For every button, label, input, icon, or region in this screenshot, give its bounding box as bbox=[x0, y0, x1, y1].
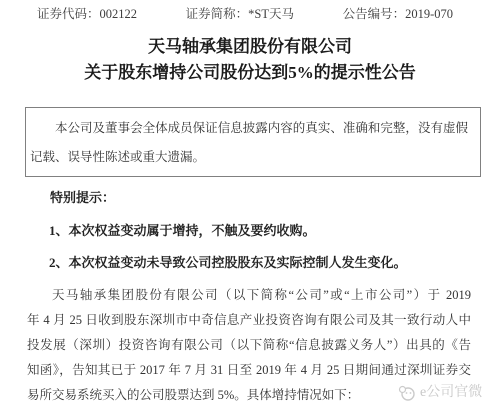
body-line: 天马轴承集团股份有限公司（以下简称“公司”或“上市公司”）于 2019 bbox=[27, 283, 471, 308]
watermark: e公司官微 bbox=[398, 384, 482, 401]
special-notice-heading: 特别提示： bbox=[50, 189, 115, 207]
e-company-logo-icon bbox=[398, 385, 416, 401]
special-notice-item-2: 2、本次权益变动未导致公司控股股东及实际控制人发生变化。 bbox=[49, 254, 407, 272]
body-line: 知函》，告知其已于 2017 年 7 月 31 日至 2019 年 4 月 25… bbox=[27, 358, 471, 383]
header-row: 证券代码：002122 证券简称：*ST天马 公告编号：2019-070 bbox=[37, 6, 453, 22]
title-line-2: 关于股东增持公司股份达到5%的提示性公告 bbox=[0, 60, 500, 86]
watermark-label: e公司官微 bbox=[420, 384, 482, 401]
document-title: 天马轴承集团股份有限公司 关于股东增持公司股份达到5%的提示性公告 bbox=[0, 34, 500, 86]
body-line: 年 4 月 25 日收到股东深圳市中奇信息产业投资咨询有限公司及其一致行动人中 bbox=[27, 308, 471, 333]
title-line-1: 天马轴承集团股份有限公司 bbox=[0, 34, 500, 60]
announcement-number-label: 公告编号：2019-070 bbox=[343, 6, 453, 22]
body-line: 投发展（深圳）投资咨询有限公司（以下简称“信息披露义务人”）出具的《告 bbox=[27, 333, 471, 358]
stock-code-label: 证券代码：002122 bbox=[37, 6, 137, 22]
announcement-page: 证券代码：002122 证券简称：*ST天马 公告编号：2019-070 天马轴… bbox=[0, 0, 500, 413]
disclaimer-line: 记载、误导性陈述或重大遗漏。 bbox=[30, 143, 468, 172]
disclaimer-box: 本公司及董事会全体成员保证信息披露内容的真实、准确和完整，没有虚假 记载、误导性… bbox=[25, 107, 481, 177]
disclaimer-line: 本公司及董事会全体成员保证信息披露内容的真实、准确和完整，没有虚假 bbox=[30, 114, 468, 143]
special-notice-item-1: 1、本次权益变动属于增持，不触及要约收购。 bbox=[49, 222, 316, 240]
stock-name-label: 证券简称：*ST天马 bbox=[186, 6, 294, 22]
